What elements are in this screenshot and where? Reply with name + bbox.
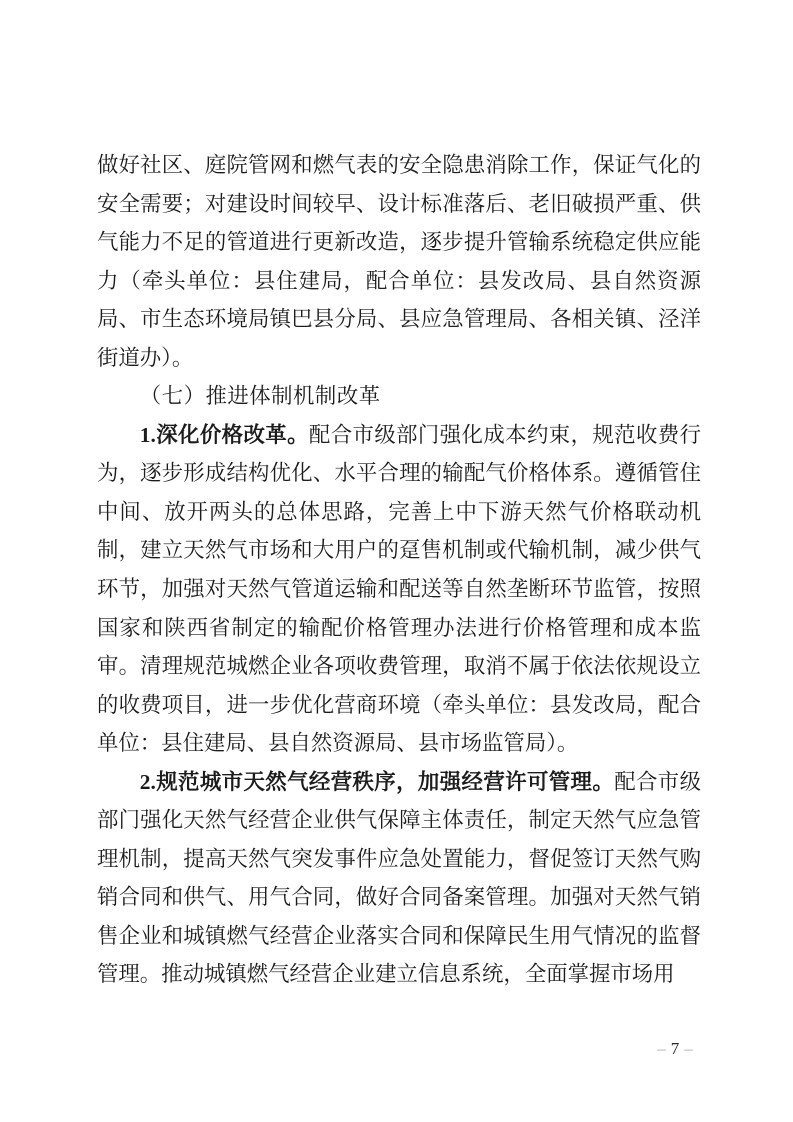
item-1-body-text: 配合市级部门强化成本约束，规范收费行为，逐步形成结构优化、水平合理的输配气价格体… xyxy=(97,423,701,755)
paragraph-item-1: 1.深化价格改革。配合市级部门强化成本约束，规范收费行为，逐步形成结构优化、水平… xyxy=(97,416,701,763)
item-2-bold-lead: 2.规范城市天然气经营秩序，加强经营许可管理。 xyxy=(140,770,614,794)
page-number-dash-right: – xyxy=(679,1039,698,1058)
item-1-bold-lead: 1.深化价格改革。 xyxy=(140,423,309,447)
item-2-body-text: 配合市级部门强化天然气经营企业供气保障主体责任，制定天然气应急管理机制，提高天然… xyxy=(97,770,701,987)
page-number-dash-left: – xyxy=(652,1039,671,1058)
page-number: –7– xyxy=(640,1038,710,1060)
section-heading-7: （七）推进体制机制改革 xyxy=(97,377,701,416)
page-number-value: 7 xyxy=(671,1039,680,1058)
document-text-block: 做好社区、庭院管网和燃气表的安全隐患消除工作，保证气化的安全需要；对建设时间较早… xyxy=(97,146,701,994)
paragraph-continuation: 做好社区、庭院管网和燃气表的安全隐患消除工作，保证气化的安全需要；对建设时间较早… xyxy=(97,146,701,377)
document-page: 做好社区、庭院管网和燃气表的安全隐患消除工作，保证气化的安全需要；对建设时间较早… xyxy=(0,0,793,1122)
paragraph-item-2: 2.规范城市天然气经营秩序，加强经营许可管理。配合市级部门强化天然气经营企业供气… xyxy=(97,763,701,994)
